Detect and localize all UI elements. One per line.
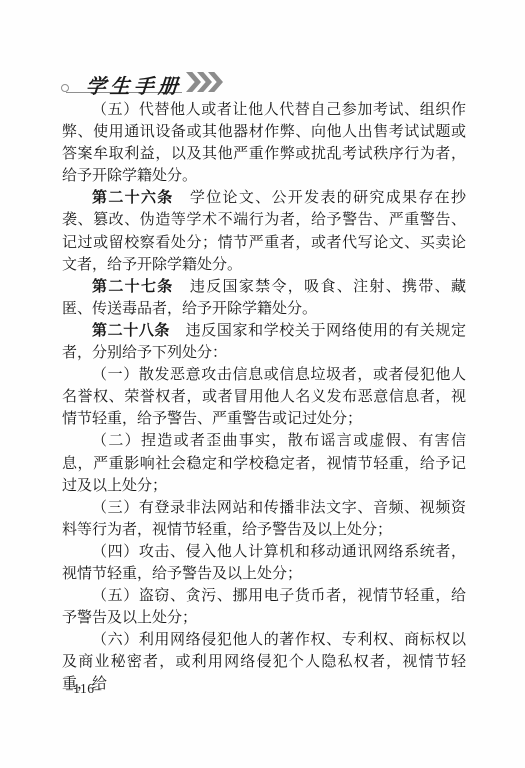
paragraph-article-26: 第二十六条 学位论文、公开发表的研究成果存在抄袭、篡改、伪造等学术不端行为者，给…: [62, 187, 466, 275]
triple-chevron-right-icon: [186, 72, 223, 92]
article-number: 第二十八条: [92, 323, 170, 339]
document-page: 学生手册 （五）代替他人或者让他人代替自己参加考试、组织作弊、使用通讯设备或其他…: [0, 0, 525, 768]
paragraph-item-1: （一）散发恶意攻击信息或信息垃圾者，或者侵犯他人名誉权、荣誉权者，或者冒用他人名…: [62, 364, 466, 430]
handbook-title: 学生手册: [85, 70, 183, 99]
paragraph-article-27: 第二十七条 违反国家禁令，吸食、注射、携带、藏匿、传送毒品者，给予开除学籍处分。: [62, 276, 466, 320]
article-number: 第二十六条: [92, 190, 174, 206]
document-body: （五）代替他人或者让他人代替自己参加考试、组织作弊、使用通讯设备或其他器材作弊、…: [62, 99, 466, 696]
paragraph-text: （三）有登录非法网站和传播非法文字、音频、视频资料等行为者，视情节轻重，给予警告…: [62, 500, 466, 538]
paragraph-text: （二）捏造或者歪曲事实，散布谣言或虚假、有害信息，严重影响社会稳定和学校稳定者，…: [62, 433, 466, 493]
paragraph-text: （五）盗窃、贪污、挪用电子货币者，视情节轻重，给予警告及以上处分；: [62, 588, 466, 626]
page-number: –116–: [66, 681, 102, 696]
paragraph-item-5b: （五）盗窃、贪污、挪用电子货币者，视情节轻重，给予警告及以上处分；: [62, 585, 466, 629]
paragraph-text: （六）利用网络侵犯他人的著作权、专利权、商标权以及商业秘密者，或利用网络侵犯个人…: [62, 632, 466, 692]
paragraph-item-6: （六）利用网络侵犯他人的著作权、专利权、商标权以及商业秘密者，或利用网络侵犯个人…: [62, 629, 466, 695]
paragraph-article-28: 第二十八条 违反国家和学校关于网络使用的有关规定者，分别给予下列处分：: [62, 320, 466, 364]
paragraph-item-2: （二）捏造或者歪曲事实，散布谣言或虚假、有害信息，严重影响社会稳定和学校稳定者，…: [62, 430, 466, 496]
chevron-right-icon: [186, 72, 201, 92]
paragraph-item-5: （五）代替他人或者让他人代替自己参加考试、组织作弊、使用通讯设备或其他器材作弊、…: [62, 99, 466, 187]
paragraph-text: （五）代替他人或者让他人代替自己参加考试、组织作弊、使用通讯设备或其他器材作弊、…: [62, 102, 466, 184]
paragraph-item-4: （四）攻击、侵入他人计算机和移动通讯网络系统者，视情节轻重，给予警告及以上处分；: [62, 541, 466, 585]
paragraph-item-3: （三）有登录非法网站和传播非法文字、音频、视频资料等行为者，视情节轻重，给予警告…: [62, 497, 466, 541]
article-number: 第二十七条: [92, 279, 174, 295]
page-header: 学生手册: [58, 70, 228, 96]
paragraph-text: （四）攻击、侵入他人计算机和移动通讯网络系统者，视情节轻重，给予警告及以上处分；: [62, 544, 466, 582]
paragraph-text: （一）散发恶意攻击信息或信息垃圾者，或者侵犯他人名誉权、荣誉权者，或者冒用他人名…: [62, 367, 466, 427]
page-footer: –116–: [66, 681, 102, 697]
